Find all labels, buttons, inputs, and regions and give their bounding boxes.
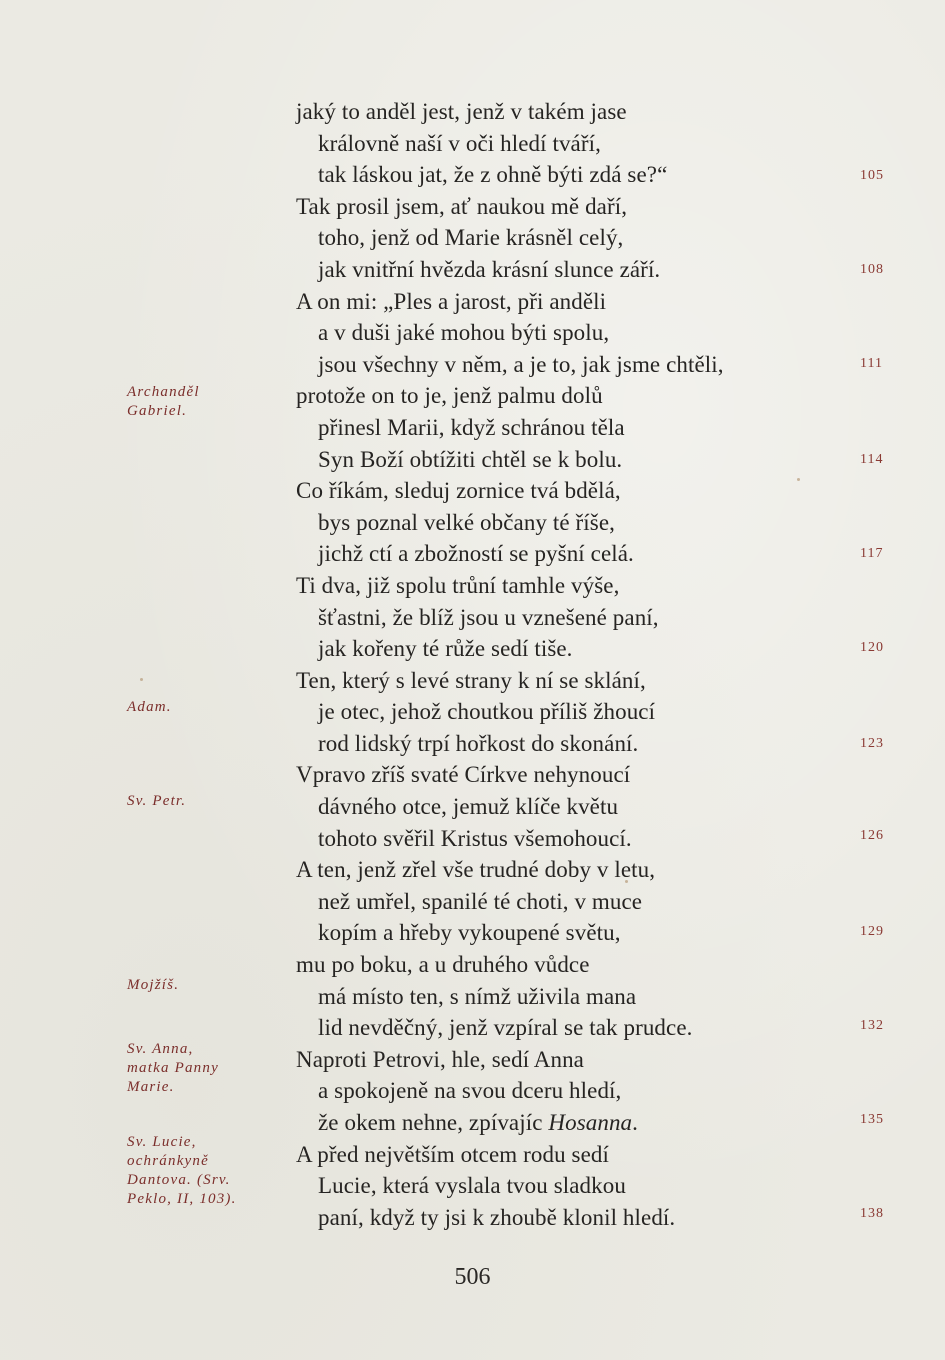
- poem-line: že okem nehne, zpívajíc Hosanna.: [296, 1107, 836, 1139]
- poem-line-text: jichž ctí a zbožností se pyšní celá.: [318, 541, 634, 566]
- poem-line: A před největším otcem rodu sedí: [296, 1139, 836, 1171]
- poem-line: rod lidský trpí hořkost do skonání.: [296, 728, 836, 760]
- poem-line-text: je otec, jehož choutkou příliš žhoucí: [318, 699, 655, 724]
- poem-line: jaký to anděl jest, jenž v takém jase: [296, 96, 836, 128]
- poem-line-text: jaký to anděl jest, jenž v takém jase: [296, 99, 627, 124]
- poem-line-italic: Hosanna: [548, 1110, 632, 1135]
- poem-line-text: Naproti Petrovi, hle, sedí Anna: [296, 1047, 584, 1072]
- poem-line: dávného otce, jemuž klíče květu: [296, 791, 836, 823]
- margin-note-line: matka Panny: [127, 1059, 219, 1078]
- poem-line-text: tak láskou jat, že z ohně býti zdá se?“: [318, 162, 667, 187]
- poem-line-text: jak vnitřní hvězda krásní slunce září.: [318, 257, 660, 282]
- line-number: 123: [860, 736, 884, 752]
- paper-speck: [797, 478, 800, 481]
- poem-line-text: paní, když ty jsi k zhoubě klonil hledí.: [318, 1205, 675, 1230]
- poem-body: jaký to anděl jest, jenž v takém jasekrá…: [296, 96, 836, 1233]
- margin-note-line: Gabriel.: [127, 402, 200, 421]
- line-number: 135: [860, 1112, 884, 1128]
- line-number: 120: [860, 640, 884, 656]
- poem-line-text: Syn Boží obtížiti chtěl se k bolu.: [318, 447, 622, 472]
- margin-note-line: ochránkyně: [127, 1152, 237, 1171]
- poem-line: Lucie, která vyslala tvou sladkou: [296, 1170, 836, 1202]
- poem-line: paní, když ty jsi k zhoubě klonil hledí.: [296, 1202, 836, 1234]
- poem-line-text: toho, jenž od Marie krásněl celý,: [318, 225, 623, 250]
- poem-line: jak kořeny té růže sedí tiše.: [296, 633, 836, 665]
- line-number: 117: [860, 546, 883, 562]
- poem-line-text: než umřel, spanilé té choti, v muce: [318, 889, 642, 914]
- poem-line: bys poznal velké občany té říše,: [296, 507, 836, 539]
- poem-line: jichž ctí a zbožností se pyšní celá.: [296, 538, 836, 570]
- poem-line-text: lid nevděčný, jenž vzpíral se tak prudce…: [318, 1015, 693, 1040]
- poem-line-text: přinesl Marii, když schránou těla: [318, 415, 625, 440]
- poem-line: lid nevděčný, jenž vzpíral se tak prudce…: [296, 1012, 836, 1044]
- margin-note-line: Mojžíš.: [127, 976, 179, 995]
- margin-note-line: Sv. Lucie,: [127, 1133, 237, 1152]
- margin-note-line: Archanděl: [127, 383, 200, 402]
- margin-note-line: Sv. Anna,: [127, 1040, 219, 1059]
- poem-line: kopím a hřeby vykoupené světu,: [296, 917, 836, 949]
- poem-line-text: Tak prosil jsem, ať naukou mě daří,: [296, 194, 627, 219]
- poem-line: Co říkám, sleduj zornice tvá bdělá,: [296, 475, 836, 507]
- line-number: 129: [860, 924, 884, 940]
- line-number: 108: [860, 262, 884, 278]
- margin-note-line: Peklo, II, 103).: [127, 1190, 237, 1209]
- poem-line: jsou všechny v něm, a je to, jak jsme ch…: [296, 349, 836, 381]
- poem-line: Syn Boží obtížiti chtěl se k bolu.: [296, 444, 836, 476]
- paper-speck: [625, 880, 628, 883]
- poem-line-text: jak kořeny té růže sedí tiše.: [318, 636, 573, 661]
- poem-line: Naproti Petrovi, hle, sedí Anna: [296, 1044, 836, 1076]
- poem-line-text: kopím a hřeby vykoupené světu,: [318, 920, 621, 945]
- poem-line: a v duši jaké mohou býti spolu,: [296, 317, 836, 349]
- poem-line: Tak prosil jsem, ať naukou mě daří,: [296, 191, 836, 223]
- poem-line-text: Co říkám, sleduj zornice tvá bdělá,: [296, 478, 621, 503]
- margin-note: Sv. Petr.: [127, 792, 186, 811]
- line-number: 132: [860, 1018, 884, 1034]
- poem-line-text: má místo ten, s nímž uživila mana: [318, 984, 636, 1009]
- poem-line-text: bys poznal velké občany té říše,: [318, 510, 615, 535]
- poem-line: přinesl Marii, když schránou těla: [296, 412, 836, 444]
- line-number: 111: [860, 356, 883, 372]
- poem-line-text: jsou všechny v něm, a je to, jak jsme ch…: [318, 352, 724, 377]
- page-number: 506: [0, 1264, 945, 1291]
- margin-note-line: Adam.: [127, 698, 172, 717]
- poem-line-text: dávného otce, jemuž klíče květu: [318, 794, 618, 819]
- poem-line: a spokojeně na svou dceru hledí,: [296, 1075, 836, 1107]
- poem-line: protože on to je, jenž palmu dolů: [296, 380, 836, 412]
- poem-line-text: že okem nehne, zpívajíc: [318, 1110, 548, 1135]
- poem-line: královně naší v oči hledí tváří,: [296, 128, 836, 160]
- poem-line-text: A ten, jenž zřel vše trudné doby v letu,: [296, 857, 655, 882]
- poem-line: mu po boku, a u druhého vůdce: [296, 949, 836, 981]
- poem-line: A on mi: „Ples a jarost, při anděli: [296, 286, 836, 318]
- line-number: 105: [860, 168, 884, 184]
- poem-line-text: šťastni, že blíž jsou u vznešené paní,: [318, 605, 659, 630]
- poem-line: šťastni, že blíž jsou u vznešené paní,: [296, 602, 836, 634]
- poem-line: jak vnitřní hvězda krásní slunce září.: [296, 254, 836, 286]
- poem-line-text: mu po boku, a u druhého vůdce: [296, 952, 590, 977]
- margin-note: Sv. Anna,matka PannyMarie.: [127, 1040, 219, 1097]
- poem-line: Ten, který s levé strany k ní se sklání,: [296, 665, 836, 697]
- poem-line-text: královně naší v oči hledí tváří,: [318, 131, 601, 156]
- poem-line: Ti dva, již spolu trůní tamhle výše,: [296, 570, 836, 602]
- poem-line: Vpravo zříš svaté Církve nehynoucí: [296, 759, 836, 791]
- poem-line: tohoto svěřil Kristus všemohoucí.: [296, 823, 836, 855]
- poem-line: má místo ten, s nímž uživila mana: [296, 981, 836, 1013]
- poem-line-text: protože on to je, jenž palmu dolů: [296, 383, 603, 408]
- margin-note: ArchandělGabriel.: [127, 383, 200, 421]
- margin-note-line: Dantova. (Srv.: [127, 1171, 237, 1190]
- poem-line: toho, jenž od Marie krásněl celý,: [296, 222, 836, 254]
- poem-line-text: Lucie, která vyslala tvou sladkou: [318, 1173, 626, 1198]
- margin-note: Mojžíš.: [127, 976, 179, 995]
- poem-line-text: a v duši jaké mohou býti spolu,: [318, 320, 609, 345]
- poem-line-suffix: .: [632, 1110, 638, 1135]
- margin-note-line: Sv. Petr.: [127, 792, 186, 811]
- margin-note: Adam.: [127, 698, 172, 717]
- poem-line-text: rod lidský trpí hořkost do skonání.: [318, 731, 638, 756]
- poem-line-text: Vpravo zříš svaté Církve nehynoucí: [296, 762, 630, 787]
- poem-line-text: A on mi: „Ples a jarost, při anděli: [296, 289, 606, 314]
- poem-line: je otec, jehož choutkou příliš žhoucí: [296, 696, 836, 728]
- line-number: 138: [860, 1206, 884, 1222]
- margin-note-line: Marie.: [127, 1078, 219, 1097]
- line-number: 114: [860, 452, 883, 468]
- poem-line-text: A před největším otcem rodu sedí: [296, 1142, 609, 1167]
- poem-line-text: a spokojeně na svou dceru hledí,: [318, 1078, 621, 1103]
- margin-note: Sv. Lucie,ochránkyněDantova. (Srv.Peklo,…: [127, 1133, 237, 1209]
- line-number: 126: [860, 828, 884, 844]
- poem-line: než umřel, spanilé té choti, v muce: [296, 886, 836, 918]
- poem-line-text: tohoto svěřil Kristus všemohoucí.: [318, 826, 632, 851]
- poem-line-text: Ten, který s levé strany k ní se sklání,: [296, 668, 646, 693]
- poem-line: A ten, jenž zřel vše trudné doby v letu,: [296, 854, 836, 886]
- poem-line: tak láskou jat, že z ohně býti zdá se?“: [296, 159, 836, 191]
- paper-speck: [140, 678, 143, 681]
- poem-line-text: Ti dva, již spolu trůní tamhle výše,: [296, 573, 619, 598]
